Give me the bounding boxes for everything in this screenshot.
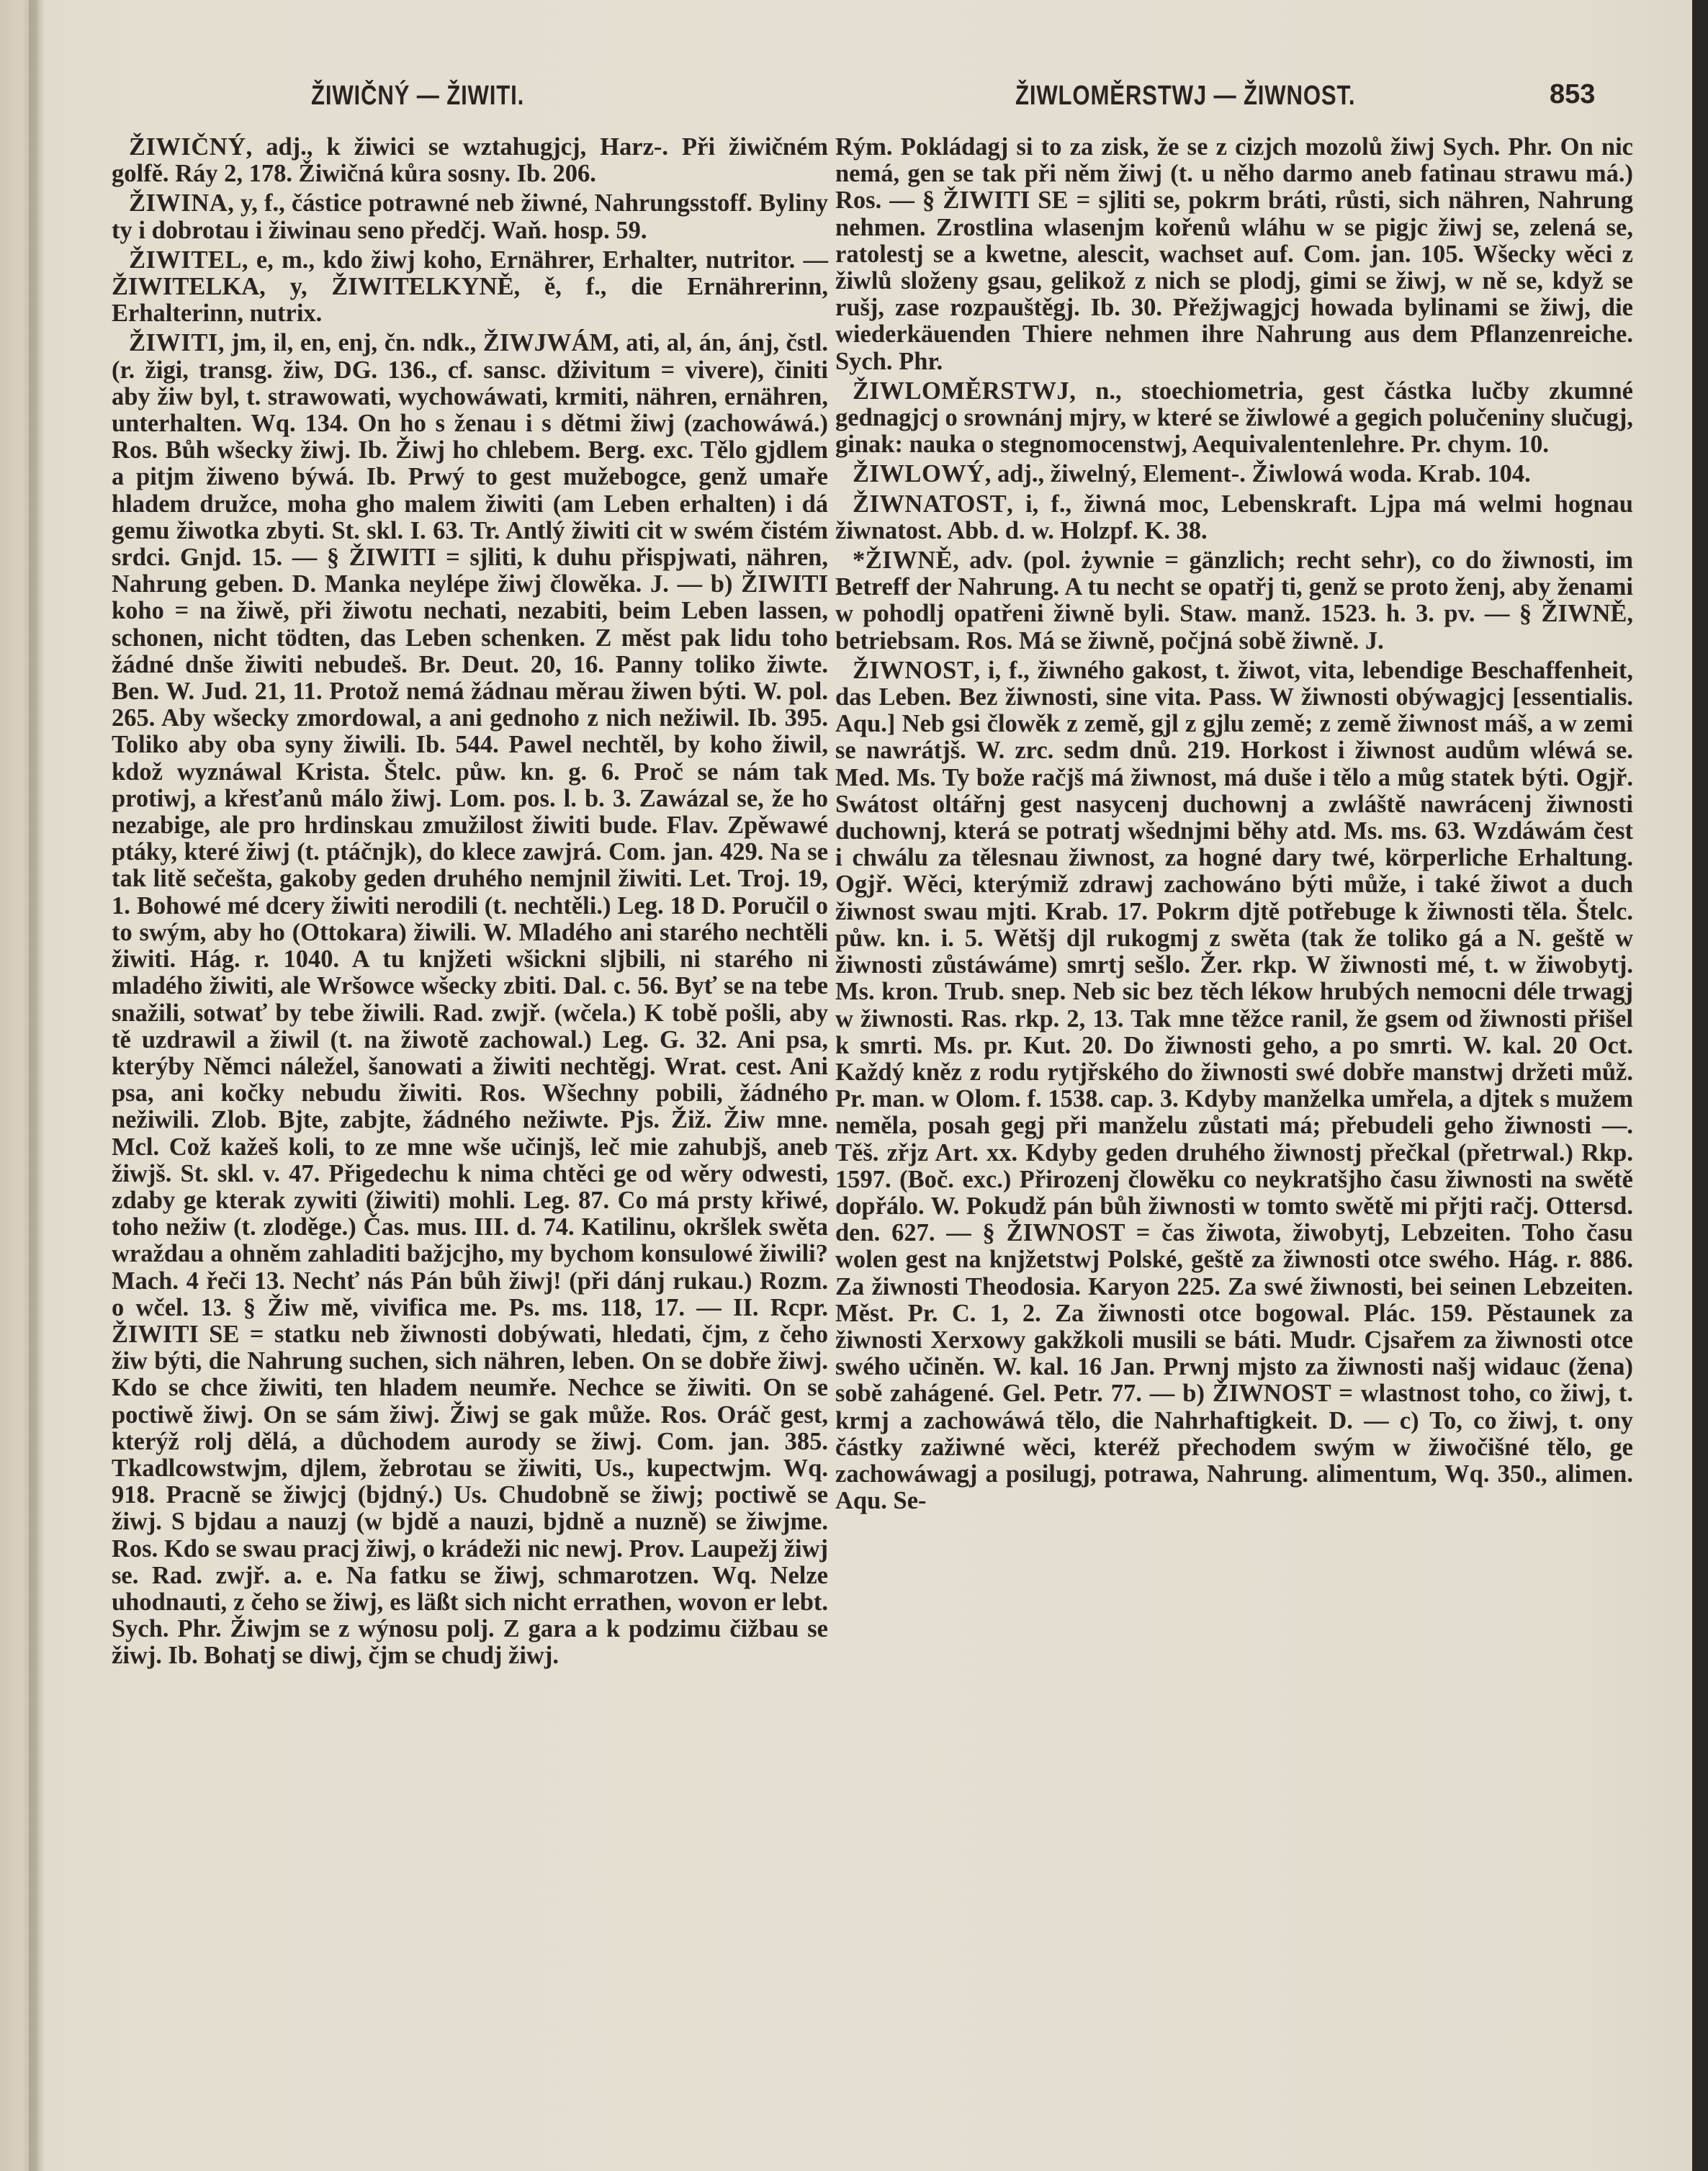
running-head-left: ŽIWIČNÝ — ŽIWITI. bbox=[311, 81, 524, 112]
entry-body: , adv. (pol. żywnie = gänzlich; recht se… bbox=[835, 547, 1633, 655]
entry-body: Rým. Pokládagj si to za zisk, že se z ci… bbox=[835, 133, 1633, 375]
left-column: ŽIWIČNÝ, adj., k žiwici se wztahugjcj, H… bbox=[112, 134, 828, 1673]
dictionary-entry: ŽIWNOST, i, f., žiwného gakost, t. žiwot… bbox=[835, 657, 1633, 1515]
dictionary-entry: ŽIWNATOST, i, f., žiwná moc, Lebenskraft… bbox=[835, 491, 1633, 544]
binding-gutter-shadow bbox=[29, 0, 39, 2171]
right-column: Rým. Pokládagj si to za zisk, že se z ci… bbox=[835, 134, 1633, 1517]
entry-headword: ŽIWNOST bbox=[853, 657, 974, 684]
scanned-dictionary-page: ŽIWIČNÝ — ŽIWITI. ŽIWLOMĚRSTWJ — ŽIWNOST… bbox=[0, 0, 1708, 2171]
scan-right-border bbox=[1692, 0, 1708, 2171]
entry-headword: ŽIWIČNÝ bbox=[129, 133, 246, 161]
dictionary-entry: ŽIWITEL, e, m., kdo žiwj koho, Ernährer,… bbox=[112, 247, 828, 328]
dictionary-entry: *ŽIWNĚ, adv. (pol. żywnie = gänzlich; re… bbox=[835, 547, 1633, 655]
entry-headword: *ŽIWNĚ bbox=[853, 547, 953, 574]
entry-body: , jm, il, en, enj, čn. ndk., ŽIWJWÁM, at… bbox=[112, 329, 828, 1669]
entry-headword: ŽIWNATOST bbox=[853, 490, 1007, 518]
dictionary-entry: ŽIWLOMĚRSTWJ, n., stoechiometria, gest č… bbox=[835, 378, 1633, 459]
dictionary-entry: ŽIWIČNÝ, adj., k žiwici se wztahugjcj, H… bbox=[112, 134, 828, 187]
running-head-right: ŽIWLOMĚRSTWJ — ŽIWNOST. bbox=[1015, 81, 1355, 112]
page-number: 853 bbox=[1550, 79, 1595, 110]
entry-headword: ŽIWINA bbox=[129, 189, 228, 217]
entry-body: , i, f., žiwného gakost, t. žiwot, vita,… bbox=[835, 657, 1633, 1514]
dictionary-entry: ŽIWITI, jm, il, en, enj, čn. ndk., ŽIWJW… bbox=[112, 330, 828, 1669]
entry-headword: ŽIWLOMĚRSTWJ bbox=[853, 377, 1069, 405]
dictionary-entry: ŽIWINA, y, f., částice potrawné neb žiwn… bbox=[112, 190, 828, 243]
entry-headword: ŽIWITI bbox=[129, 329, 218, 356]
entry-body: , adj., žiwelný, Element-. Žiwlowá woda.… bbox=[985, 460, 1531, 487]
entry-headword: ŽIWLOWÝ bbox=[853, 460, 985, 487]
dictionary-entry: ŽIWLOWÝ, adj., žiwelný, Element-. Žiwlow… bbox=[835, 461, 1633, 487]
entry-headword: ŽIWITEL bbox=[129, 246, 242, 274]
dictionary-entry-continuation: Rým. Pokládagj si to za zisk, že se z ci… bbox=[835, 134, 1633, 375]
